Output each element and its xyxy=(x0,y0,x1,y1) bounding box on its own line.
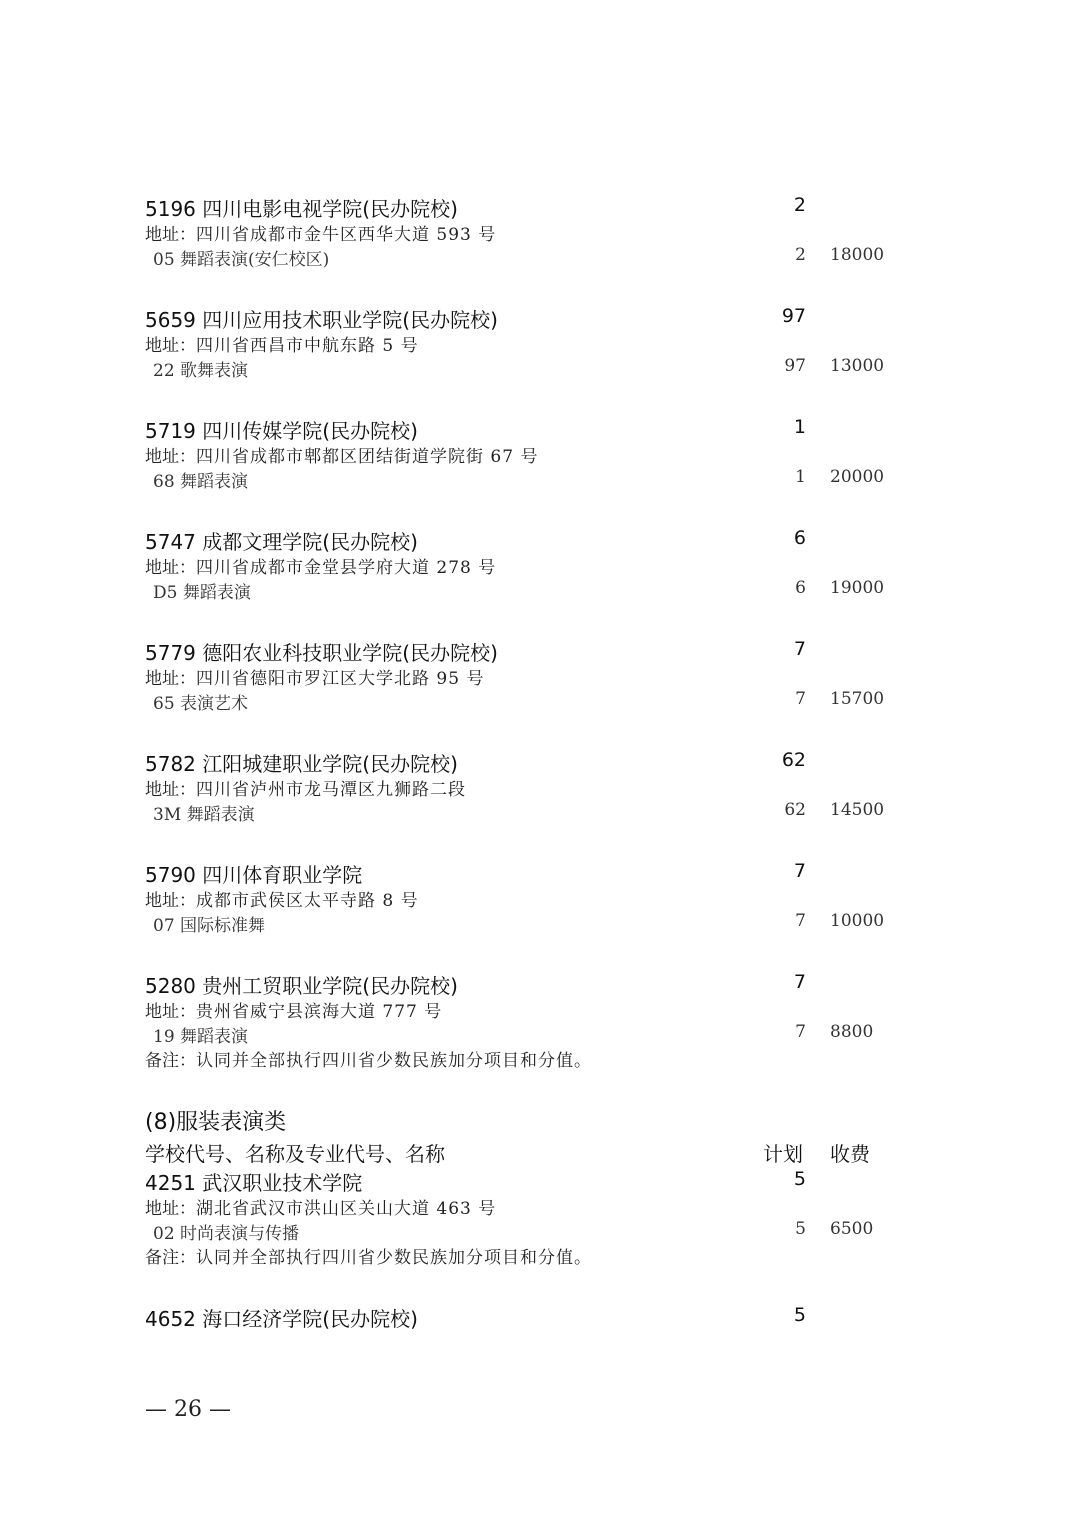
major-code: 22 xyxy=(153,361,175,381)
major-row: 68 舞蹈表演 xyxy=(153,467,248,492)
school-code: 5659 xyxy=(145,308,196,332)
major-fee: 6500 xyxy=(830,1219,873,1239)
column-header-name: 学校代号、名称及专业代号、名称 xyxy=(145,1138,445,1167)
major-row: D5 舞蹈表演 xyxy=(153,578,251,603)
school-header: 5790 四川体育职业学院 xyxy=(145,859,362,888)
major-plan: 5 xyxy=(746,1219,806,1239)
major-row: 65 表演艺术 xyxy=(153,689,248,714)
school-code: 5719 xyxy=(145,419,196,443)
school-header: 5782 江阳城建职业学院(民办院校) xyxy=(145,748,458,777)
address-label: 地址： xyxy=(145,669,196,689)
school-name: 四川应用技术职业学院(民办院校) xyxy=(202,308,498,332)
major-code: 68 xyxy=(153,472,175,492)
school-address: 地址：成都市武侯区太平寺路 8 号 xyxy=(145,886,419,911)
major-fee: 15700 xyxy=(830,689,884,709)
address-label: 地址： xyxy=(145,558,196,578)
school-code: 5779 xyxy=(145,641,196,665)
school-code: 4251 xyxy=(145,1171,196,1195)
major-plan: 7 xyxy=(746,689,806,709)
note-label: 备注： xyxy=(145,1248,196,1268)
address-label: 地址： xyxy=(145,225,196,245)
school-header: 5196 四川电影电视学院(民办院校) xyxy=(145,193,458,222)
major-code: 02 xyxy=(153,1224,175,1244)
school-header: 4251 武汉职业技术学院 xyxy=(145,1167,362,1196)
school-plan: 6 xyxy=(746,527,806,549)
school-name: 江阳城建职业学院(民办院校) xyxy=(202,752,458,776)
school-code: 5782 xyxy=(145,752,196,776)
major-fee: 18000 xyxy=(830,245,884,265)
major-row: 07 国际标准舞 xyxy=(153,911,265,936)
school-address: 地址：四川省西昌市中航东路 5 号 xyxy=(145,331,419,356)
address-label: 地址： xyxy=(145,891,196,911)
school-plan: 7 xyxy=(746,971,806,993)
school-code: 5196 xyxy=(145,197,196,221)
note-label: 备注： xyxy=(145,1051,196,1071)
address-label: 地址： xyxy=(145,336,196,356)
school-plan: 5 xyxy=(746,1168,806,1190)
section-title: (8)服装表演类 xyxy=(145,1105,286,1136)
school-plan: 7 xyxy=(746,860,806,882)
major-name: 舞蹈表演 xyxy=(183,583,251,603)
school-address: 地址：四川省成都市金堂县学府大道 278 号 xyxy=(145,553,496,578)
school-note: 备注：认同并全部执行四川省少数民族加分项目和分值。 xyxy=(145,1046,592,1071)
school-name: 海口经济学院(民办院校) xyxy=(202,1307,418,1331)
major-code: 3M xyxy=(153,805,181,825)
school-note: 备注：认同并全部执行四川省少数民族加分项目和分值。 xyxy=(145,1243,592,1268)
address-label: 地址： xyxy=(145,1199,196,1219)
school-header: 5779 德阳农业科技职业学院(民办院校) xyxy=(145,637,498,666)
school-plan: 2 xyxy=(746,194,806,216)
school-name: 四川电影电视学院(民办院校) xyxy=(202,197,458,221)
major-plan: 1 xyxy=(746,467,806,487)
major-fee: 19000 xyxy=(830,578,884,598)
school-address: 地址：四川省成都市金牛区西华大道 593 号 xyxy=(145,220,496,245)
major-plan: 2 xyxy=(746,245,806,265)
school-plan: 1 xyxy=(746,416,806,438)
school-header: 5280 贵州工贸职业学院(民办院校) xyxy=(145,970,458,999)
school-address: 地址：贵州省威宁县滨海大道 777 号 xyxy=(145,997,442,1022)
major-plan: 7 xyxy=(746,1022,806,1042)
school-header: 5659 四川应用技术职业学院(民办院校) xyxy=(145,304,498,333)
school-address: 地址：四川省泸州市龙马潭区九狮路二段 xyxy=(145,775,466,800)
major-name: 时尚表演与传播 xyxy=(180,1224,299,1244)
school-address: 地址：四川省德阳市罗江区大学北路 95 号 xyxy=(145,664,484,689)
major-name: 舞蹈表演 xyxy=(180,472,248,492)
school-code: 5280 xyxy=(145,974,196,998)
major-name: 国际标准舞 xyxy=(180,916,265,936)
address-label: 地址： xyxy=(145,1002,196,1022)
major-name: 舞蹈表演 xyxy=(187,805,255,825)
major-fee: 14500 xyxy=(830,800,884,820)
school-header: 5719 四川传媒学院(民办院校) xyxy=(145,415,418,444)
address-label: 地址： xyxy=(145,447,196,467)
major-code: 05 xyxy=(153,250,175,270)
major-name: 歌舞表演 xyxy=(180,361,248,381)
document-page: 5196 四川电影电视学院(民办院校) 2 地址：四川省成都市金牛区西华大道 5… xyxy=(0,0,1080,1527)
major-fee: 13000 xyxy=(830,356,884,376)
school-header: 5747 成都文理学院(民办院校) xyxy=(145,526,418,555)
school-name: 成都文理学院(民办院校) xyxy=(202,530,418,554)
major-fee: 20000 xyxy=(830,467,884,487)
school-address: 地址：湖北省武汉市洪山区关山大道 463 号 xyxy=(145,1194,496,1219)
address-label: 地址： xyxy=(145,780,196,800)
major-plan: 7 xyxy=(746,911,806,931)
school-name: 武汉职业技术学院 xyxy=(202,1171,362,1195)
school-plan: 62 xyxy=(746,749,806,771)
school-name: 德阳农业科技职业学院(民办院校) xyxy=(202,641,498,665)
major-code: 19 xyxy=(153,1027,175,1047)
school-address: 地址：四川省成都市郫都区团结街道学院街 67 号 xyxy=(145,442,538,467)
school-code: 5747 xyxy=(145,530,196,554)
school-plan: 7 xyxy=(746,638,806,660)
school-plan: 97 xyxy=(746,305,806,327)
school-name: 四川体育职业学院 xyxy=(202,863,362,887)
major-code: 07 xyxy=(153,916,175,936)
major-code: 65 xyxy=(153,694,175,714)
school-code: 5790 xyxy=(145,863,196,887)
school-plan: 5 xyxy=(746,1304,806,1326)
major-fee: 10000 xyxy=(830,911,884,931)
school-name: 贵州工贸职业学院(民办院校) xyxy=(202,974,458,998)
major-plan: 62 xyxy=(746,800,806,820)
major-plan: 97 xyxy=(746,356,806,376)
major-name: 舞蹈表演 xyxy=(180,1027,248,1047)
school-header: 4652 海口经济学院(民办院校) xyxy=(145,1303,418,1332)
school-name: 四川传媒学院(民办院校) xyxy=(202,419,418,443)
major-row: 19 舞蹈表演 xyxy=(153,1022,248,1047)
page-number: — 26 — xyxy=(145,1397,231,1422)
major-plan: 6 xyxy=(746,578,806,598)
major-row: 05 舞蹈表演(安仁校区) xyxy=(153,245,329,270)
major-row: 3M 舞蹈表演 xyxy=(153,800,255,825)
major-name: 舞蹈表演(安仁校区) xyxy=(180,250,329,270)
column-header-plan: 计划 xyxy=(763,1138,803,1167)
major-name: 表演艺术 xyxy=(180,694,248,714)
school-code: 4652 xyxy=(145,1307,196,1331)
major-fee: 8800 xyxy=(830,1022,873,1042)
major-code: D5 xyxy=(153,583,177,603)
major-row: 02 时尚表演与传播 xyxy=(153,1219,299,1244)
major-row: 22 歌舞表演 xyxy=(153,356,248,381)
column-header-fee: 收费 xyxy=(830,1138,870,1167)
